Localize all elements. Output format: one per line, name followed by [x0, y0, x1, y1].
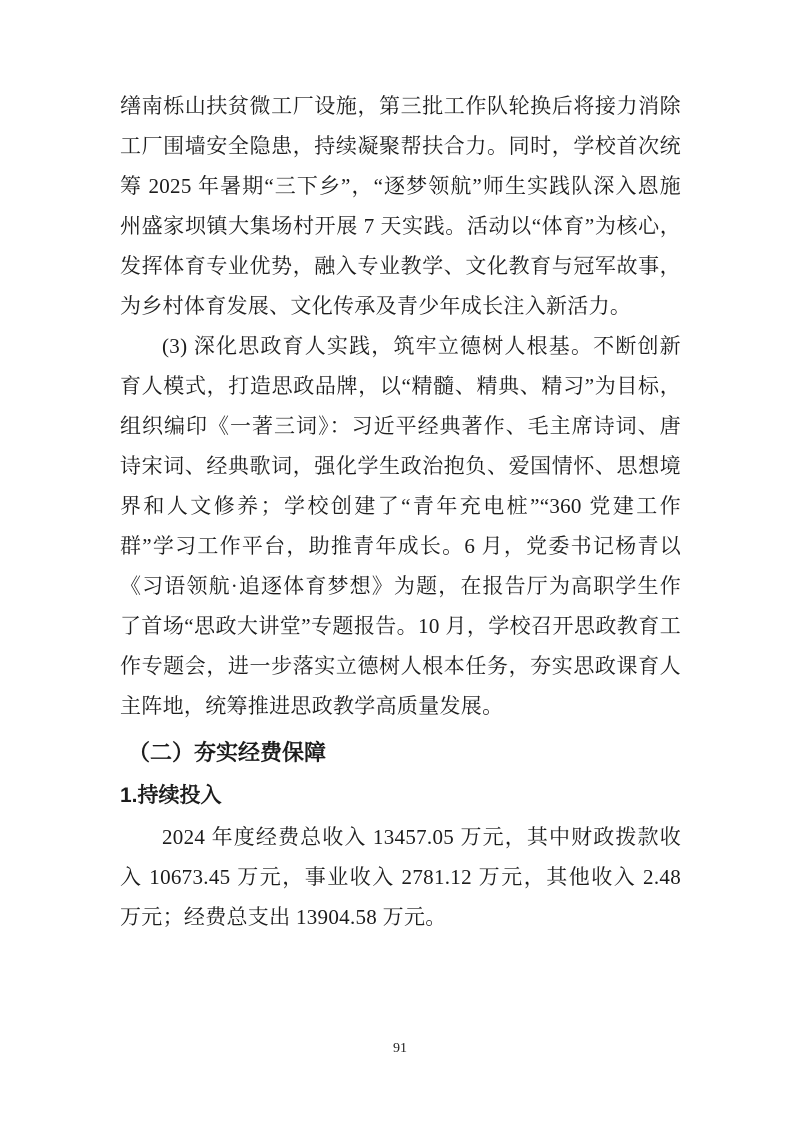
section-heading-funding-guarantee: （二）夯实经费保障	[120, 731, 681, 775]
body-paragraph-budget-figures: 2024 年度经费总收入 13457.05 万元，其中财政拨款收入 10673.…	[120, 817, 681, 937]
document-page: 缮南栎山扶贫微工厂设施，第三批工作队轮换后将接力消除工厂围墙安全隐患，持续凝聚帮…	[0, 0, 800, 1131]
subsection-heading-continuous-investment: 1.持续投入	[120, 775, 681, 817]
body-paragraph-item-3: (3) 深化思政育人实践，筑牢立德树人根基。不断创新育人模式，打造思政品牌，以“…	[120, 326, 681, 726]
page-number: 91	[0, 1040, 800, 1058]
document-body: 缮南栎山扶贫微工厂设施，第三批工作队轮换后将接力消除工厂围墙安全隐患，持续凝聚帮…	[120, 86, 681, 937]
body-paragraph-continuation: 缮南栎山扶贫微工厂设施，第三批工作队轮换后将接力消除工厂围墙安全隐患，持续凝聚帮…	[120, 86, 681, 326]
